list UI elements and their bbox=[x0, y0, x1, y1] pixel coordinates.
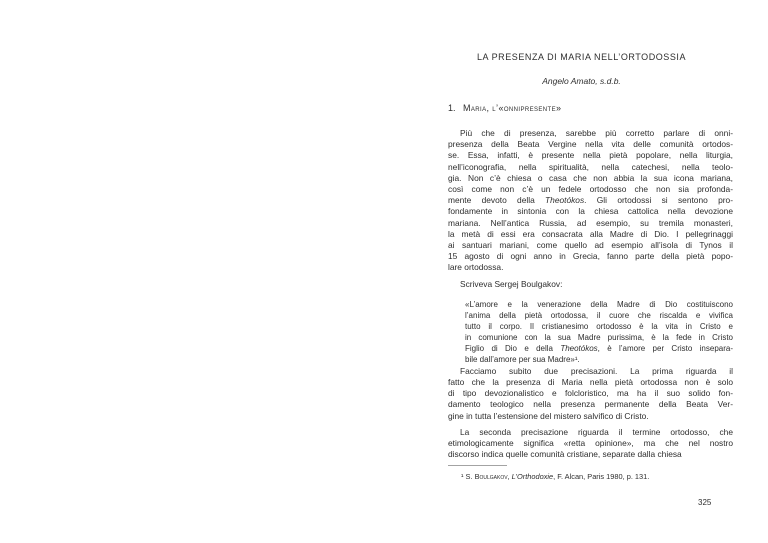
text-line: in comunione con la sua Madre purissima,… bbox=[465, 332, 733, 343]
text-line: damento teologico nella presenza permane… bbox=[448, 399, 733, 410]
text-line: La seconda precisazione riguarda il term… bbox=[448, 427, 733, 438]
text-line: fondamente in sintonia con la chiesa cat… bbox=[448, 206, 733, 217]
text-line: la metà di essi era consacrata alla Madr… bbox=[448, 229, 733, 240]
scanned-page: LA PRESENZA DI MARIA NELL’ORTODOSSIA Ang… bbox=[0, 0, 768, 543]
text-line: mente devoto della Theotókos. Gli ortodo… bbox=[448, 195, 733, 206]
text-line: nell’iconografia, nella spiritualità, ne… bbox=[448, 162, 733, 173]
text-column: LA PRESENZA DI MARIA NELL’ORTODOSSIA Ang… bbox=[448, 0, 733, 543]
text-line: Più che di presenza, sarebbe più corrett… bbox=[448, 128, 733, 139]
text-line: gia. Non c’è chiesa o casa che non abbia… bbox=[448, 173, 733, 184]
section-title: Maria, l’«onnipresente» bbox=[463, 103, 561, 113]
text-line: gine in tutta l’estensione del mistero s… bbox=[448, 411, 733, 422]
paragraphs: Più che di presenza, sarebbe più corrett… bbox=[448, 128, 733, 460]
text-line: fatto che la presenza di Maria nella pie… bbox=[448, 377, 733, 388]
text-line: 15 agosto di ogni anno in Grecia, fanno … bbox=[448, 251, 733, 262]
body-paragraph: Più che di presenza, sarebbe più corrett… bbox=[448, 128, 733, 274]
page-title: LA PRESENZA DI MARIA NELL’ORTODOSSIA bbox=[448, 52, 715, 63]
body-paragraph: Scriveva Sergej Boulgakov: bbox=[448, 279, 733, 290]
body-paragraph: Facciamo subito due precisazioni. La pri… bbox=[448, 366, 733, 422]
text-line: Facciamo subito due precisazioni. La pri… bbox=[448, 366, 733, 377]
author-line: Angelo Amato, s.d.b. bbox=[448, 76, 715, 87]
footnote: ¹ S. Boulgakov, L’Orthodoxie, F. Alcan, … bbox=[448, 472, 733, 481]
text-line: l’anima della pietà ortodossa, il cuore … bbox=[465, 310, 733, 321]
text-line: discorso indica quelle comunità cristian… bbox=[448, 449, 733, 460]
text-line: Scriveva Sergej Boulgakov: bbox=[448, 279, 733, 290]
body-paragraph: La seconda precisazione riguarda il term… bbox=[448, 427, 733, 461]
text-line: mariana. Nell’antica Russia, ad esempio,… bbox=[448, 218, 733, 229]
footnote-rule bbox=[448, 465, 507, 466]
text-line: presenza della Beata Vergine nella vita … bbox=[448, 139, 733, 150]
text-line: Figlio di Dio e della Theotókos, è l’amo… bbox=[465, 343, 733, 354]
text-line: tutto il corpo. Il cristianesimo ortodos… bbox=[465, 321, 733, 332]
page-number: 325 bbox=[698, 498, 711, 508]
text-line: «L’amore e la venerazione della Madre di… bbox=[465, 299, 733, 310]
section-heading: 1.Maria, l’«onnipresente» bbox=[448, 103, 733, 114]
section-number: 1. bbox=[448, 103, 463, 114]
text-line: di tipo devozionalistico e folcloristico… bbox=[448, 388, 733, 399]
chapter-head: LA PRESENZA DI MARIA NELL’ORTODOSSIA Ang… bbox=[448, 52, 733, 87]
quote-paragraph: «L’amore e la venerazione della Madre di… bbox=[448, 299, 733, 365]
text-line: bile dall’amore per sua Madre»¹. bbox=[465, 354, 733, 365]
text-line: se. Essa, infatti, è presente nella piet… bbox=[448, 150, 733, 161]
text-line: lare ortodossa. bbox=[448, 262, 733, 273]
text-line: ai santuari mariani, come quello ad esem… bbox=[448, 240, 733, 251]
text-line: così come non c’è un fedele ortodosso ch… bbox=[448, 184, 733, 195]
text-line: etimologicamente significa «retta opinio… bbox=[448, 438, 733, 449]
